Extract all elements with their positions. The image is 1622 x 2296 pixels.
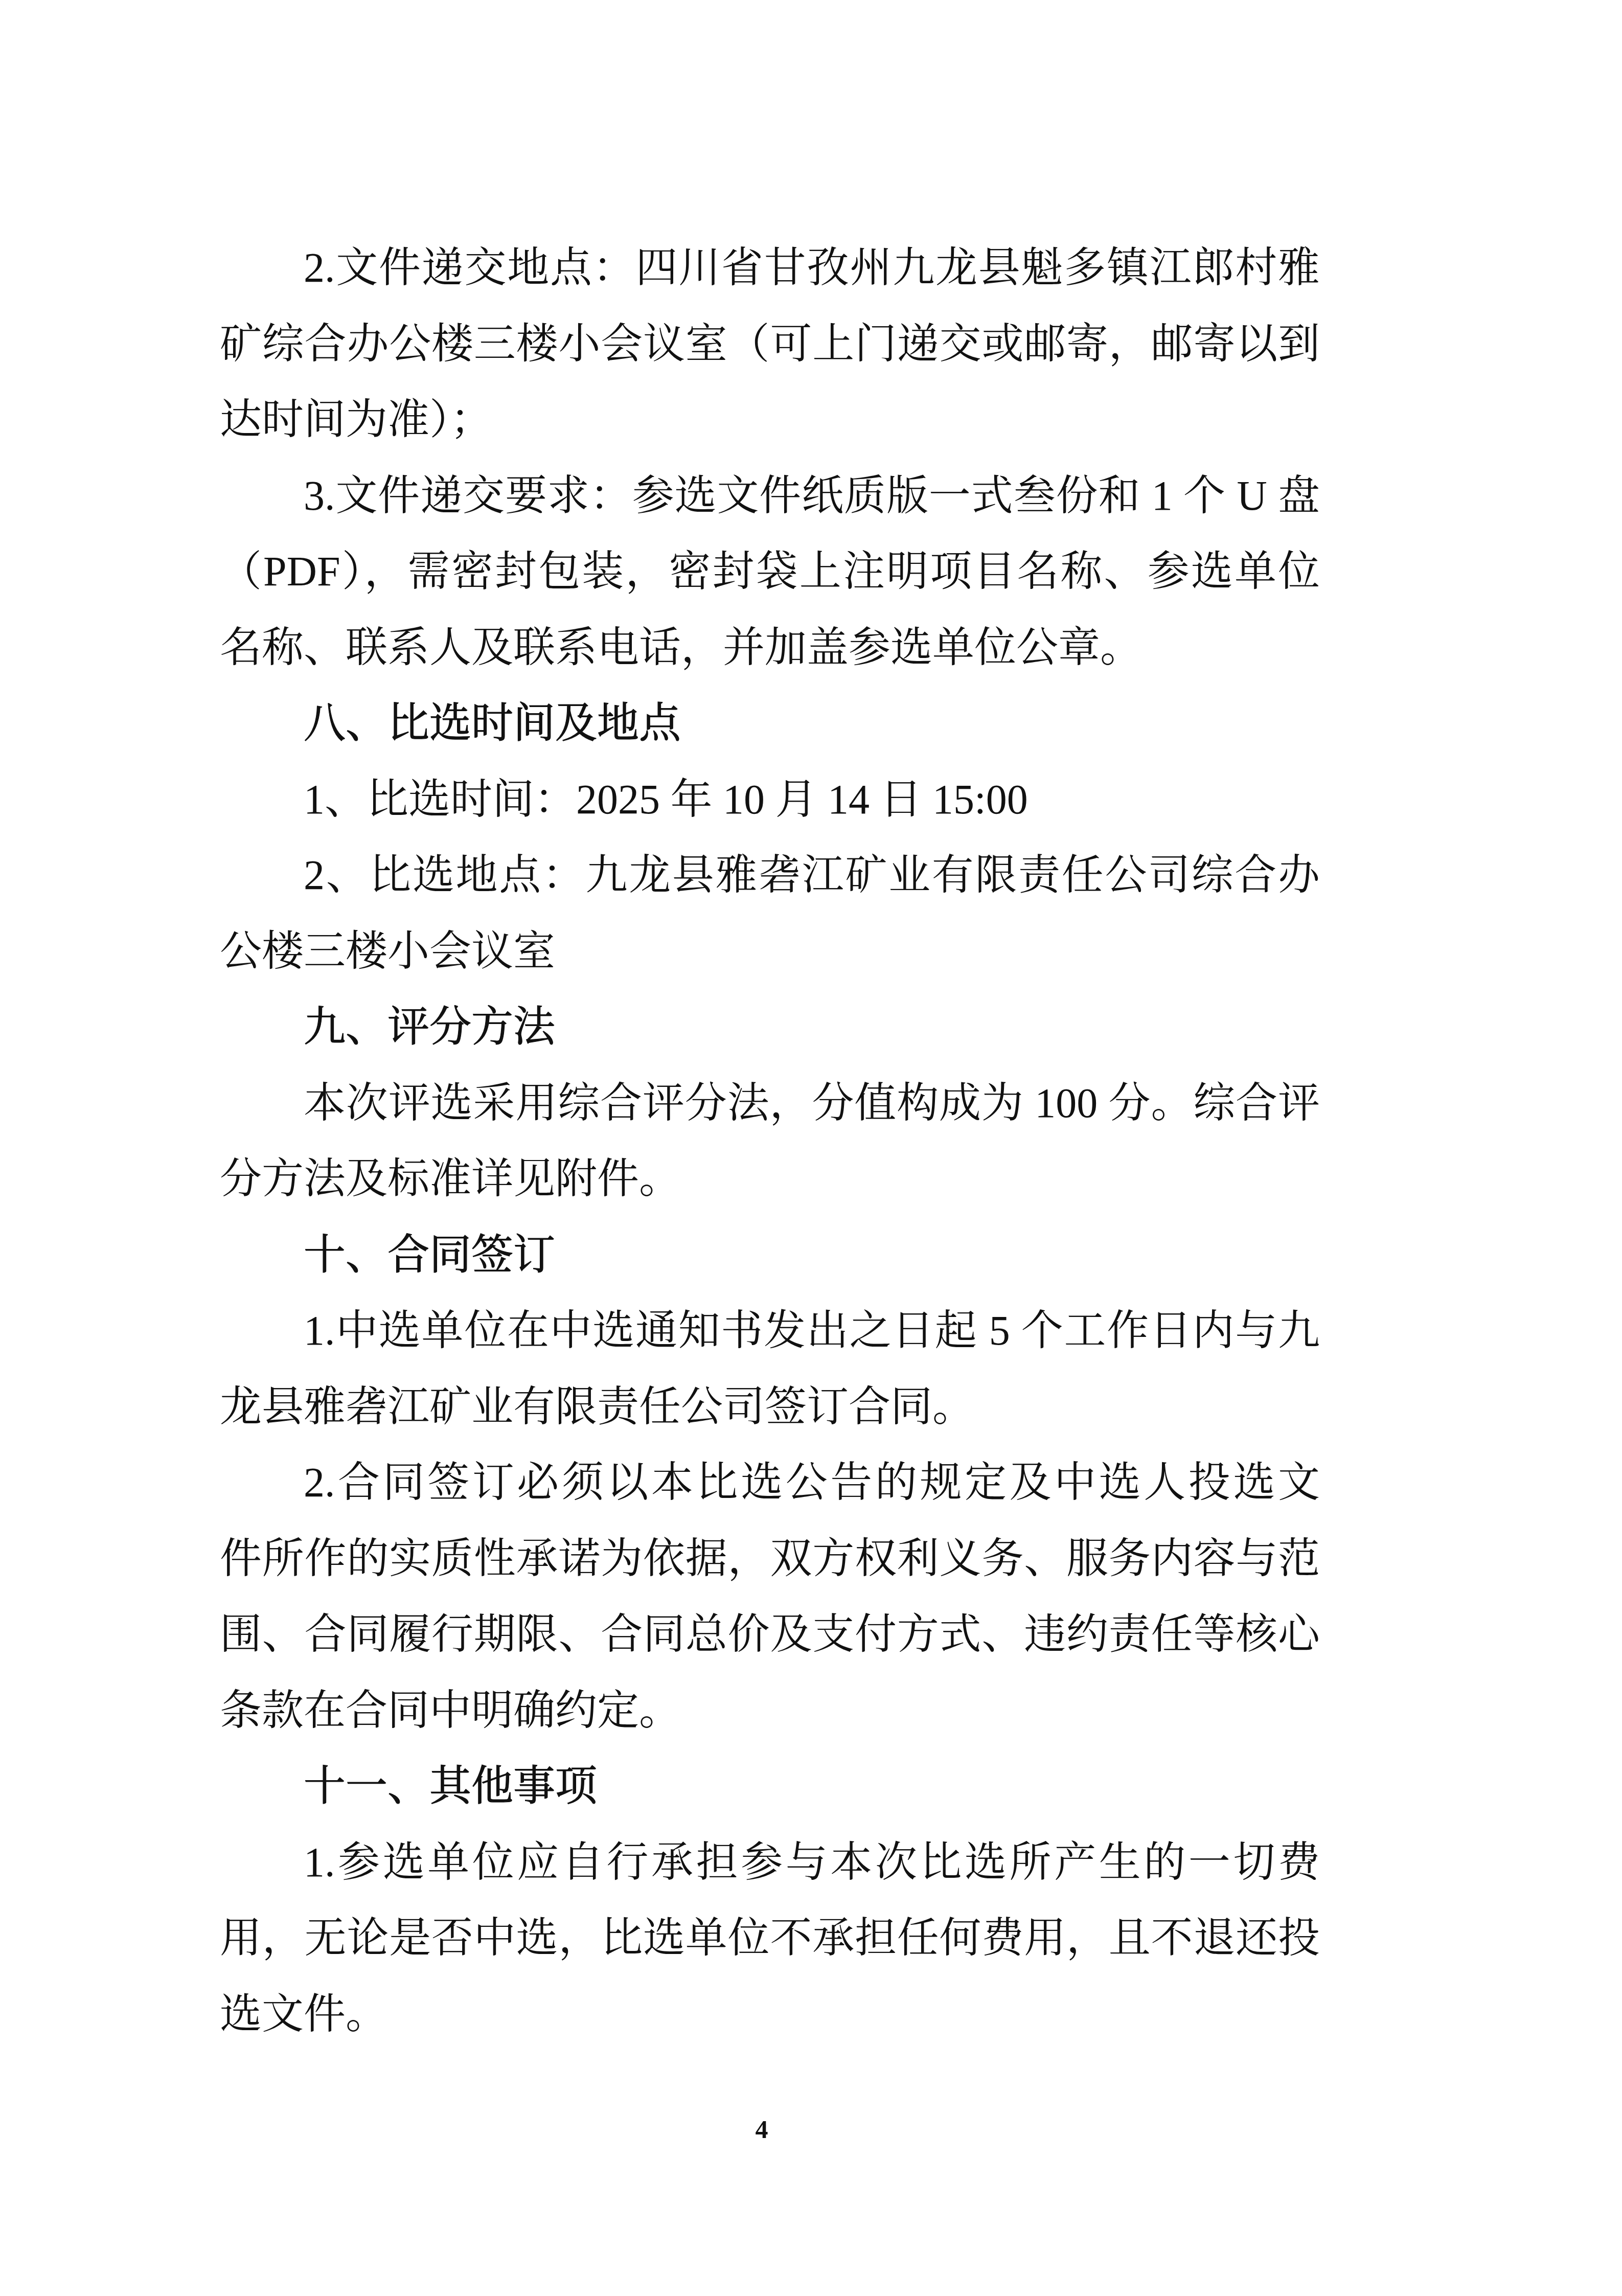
text-line: 龙县雅砻江矿业有限责任公司签订合同。 <box>220 1369 1320 1445</box>
document-page: 2.文件递交地点：四川省甘孜州九龙县魁多镇江郎村雅 矿综合办公楼三楼小会议室（可… <box>0 0 1622 2296</box>
paragraph-selection-place: 2、比选地点：九龙县雅砻江矿业有限责任公司综合办 公楼三楼小会议室 <box>220 837 1320 989</box>
text-line: 3.文件递交要求：参选文件纸质版一式叁份和 1 个 U 盘 <box>220 458 1320 534</box>
text-line: 1、比选时间：2025 年 10 月 14 日 15:00 <box>220 762 1320 838</box>
section-heading-time-and-place: 八、比选时间及地点 <box>220 686 1320 762</box>
text-line: 条款在合同中明确约定。 <box>220 1673 1320 1749</box>
paragraph-submission-requirements: 3.文件递交要求：参选文件纸质版一式叁份和 1 个 U 盘 （PDF），需密封包… <box>220 458 1320 686</box>
text-line: 矿综合办公楼三楼小会议室（可上门递交或邮寄，邮寄以到 <box>220 306 1320 382</box>
text-line: （PDF），需密封包装，密封袋上注明项目名称、参选单位 <box>220 534 1320 610</box>
section-heading-contract-signing: 十、合同签订 <box>220 1217 1320 1293</box>
text-line: 本次评选采用综合评分法，分值构成为 100 分。综合评 <box>220 1065 1320 1142</box>
paragraph-contract-deadline: 1.中选单位在中选通知书发出之日起 5 个工作日内与九 龙县雅砻江矿业有限责任公… <box>220 1293 1320 1445</box>
paragraph-contract-basis: 2.合同签订必须以本比选公告的规定及中选人投选文 件所作的实质性承诺为依据，双方… <box>220 1445 1320 1748</box>
section-heading-scoring-method: 九、评分方法 <box>220 989 1320 1065</box>
text-line: 1.中选单位在中选通知书发出之日起 5 个工作日内与九 <box>220 1293 1320 1369</box>
text-line: 1.参选单位应自行承担参与本次比选所产生的一切费 <box>220 1825 1320 1901</box>
paragraph-selection-time: 1、比选时间：2025 年 10 月 14 日 15:00 <box>220 762 1320 838</box>
text-line: 名称、联系人及联系电话，并加盖参选单位公章。 <box>220 610 1320 686</box>
paragraph-scoring: 本次评选采用综合评分法，分值构成为 100 分。综合评 分方法及标准详见附件。 <box>220 1065 1320 1217</box>
text-line: 选文件。 <box>220 1976 1320 2053</box>
text-line: 件所作的实质性承诺为依据，双方权利义务、服务内容与范 <box>220 1521 1320 1597</box>
section-heading-other-matters: 十一、其他事项 <box>220 1748 1320 1825</box>
text-line: 2、比选地点：九龙县雅砻江矿业有限责任公司综合办 <box>220 837 1320 914</box>
page-body: 2.文件递交地点：四川省甘孜州九龙县魁多镇江郎村雅 矿综合办公楼三楼小会议室（可… <box>220 230 1320 2052</box>
text-line: 公楼三楼小会议室 <box>220 914 1320 990</box>
paragraph-costs: 1.参选单位应自行承担参与本次比选所产生的一切费 用，无论是否中选，比选单位不承… <box>220 1825 1320 2053</box>
text-line: 分方法及标准详见附件。 <box>220 1141 1320 1217</box>
page-number: 4 <box>736 2114 787 2145</box>
paragraph-submission-location: 2.文件递交地点：四川省甘孜州九龙县魁多镇江郎村雅 矿综合办公楼三楼小会议室（可… <box>220 230 1320 458</box>
text-line: 2.文件递交地点：四川省甘孜州九龙县魁多镇江郎村雅 <box>220 230 1320 306</box>
text-line: 达时间为准）； <box>220 382 1320 458</box>
text-line: 围、合同履行期限、合同总价及支付方式、违约责任等核心 <box>220 1597 1320 1673</box>
text-line: 用，无论是否中选，比选单位不承担任何费用，且不退还投 <box>220 1900 1320 1976</box>
text-line: 2.合同签订必须以本比选公告的规定及中选人投选文 <box>220 1445 1320 1521</box>
